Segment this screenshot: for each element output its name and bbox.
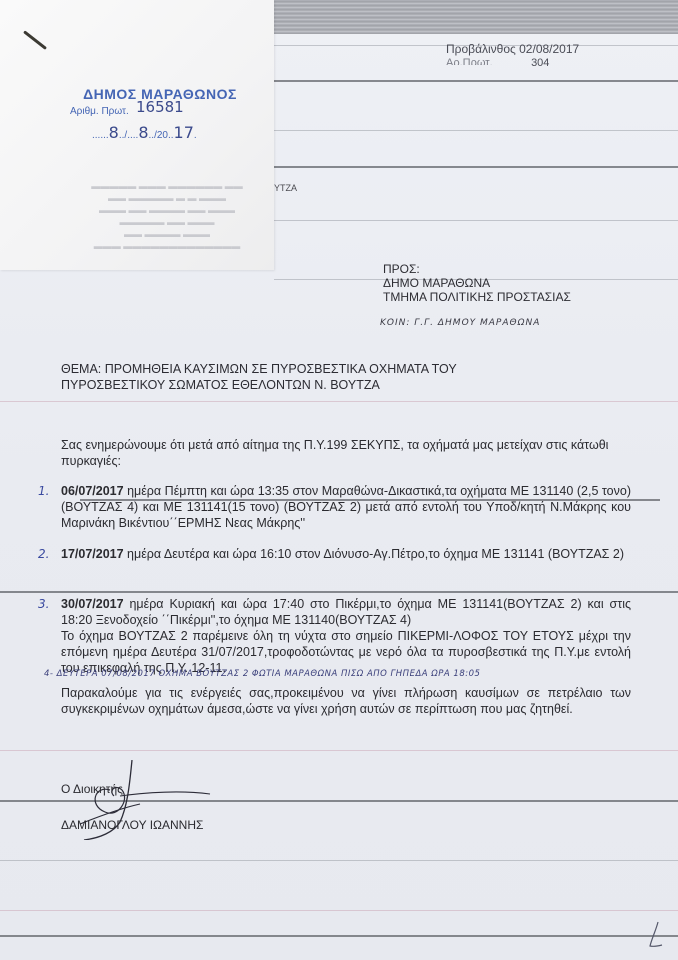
outgoing-protocol-label: Αρ.Πρωτ.	[446, 57, 528, 65]
intro-paragraph: Σας ενημερώνουμε ότι μετά από αίτημα της…	[61, 437, 631, 469]
item-number: 2.	[38, 546, 49, 562]
incident-item: 1. 06/07/2017 ημέρα Πέμπτη και ώρα 13:35…	[61, 483, 631, 531]
outgoing-protocol: Αρ.Πρωτ. 304	[446, 57, 549, 69]
municipality-receipt-stamp: ΔΗΜΟΣ ΜΑΡΑΘΩΝΟΣ Αριθμ. Πρωτ. 16581 .....…	[70, 86, 250, 142]
fax-document-page: ΔΗΜΟΣ ΜΑΡΑΘΩΝΟΣ Αριθμ. Πρωτ. 16581 .....…	[0, 0, 678, 960]
item-date: 30/07/2017	[61, 597, 124, 611]
item-date: 06/07/2017	[61, 484, 124, 498]
signatory-role: Ο Διοικητής	[61, 782, 123, 796]
scan-line	[0, 591, 678, 593]
scan-line	[0, 910, 678, 911]
recipient-line-2: ΤΜΗΜΑ ΠΟΛΙΤΙΚΗΣ ΠΡΟΣΤΑΣΙΑΣ	[383, 290, 571, 304]
stamp-date-day: 8	[109, 123, 119, 142]
scan-line	[0, 860, 678, 861]
item-number: 3.	[38, 596, 49, 612]
staple-icon	[23, 30, 47, 50]
subject-line-2: ΠΥΡΟΣΒΕΣΤΙΚΟΥ ΣΩΜΑΤΟΣ ΕΘΕΛΟΝΤΩΝ Ν. ΒΟΥΤΖ…	[61, 377, 457, 393]
outgoing-protocol-number: 304	[531, 57, 549, 69]
handwritten-item-4: 4- ΔΕΥΤΕΡΑ 07/08/2017 ΟΧΗΜΑ ΒΟΥΤΖΑΣ 2 ΦΩ…	[44, 669, 480, 679]
signatory-name: ΔΑΜΙΑΝΟΓΛΟΥ ΙΩΑΝΝΗΣ	[61, 818, 203, 832]
faded-sender-letterhead: ▬▬▬▬▬ ▬▬▬ ▬▬▬▬▬▬ ▬▬▬▬ ▬▬▬▬▬ ▬ ▬ ▬▬▬▬▬▬ ▬…	[62, 180, 272, 252]
incident-item: 2. 17/07/2017 ημέρα Δευτέρα και ώρα 16:1…	[61, 546, 631, 562]
handwritten-cc: ΚΟΙΝ: Γ.Γ. ΔΗΜΟΥ ΜΑΡΑΘΩΝΑ	[380, 318, 540, 328]
recipient-line-1: ΔΗΜΟ ΜΑΡΑΘΩΝΑ	[383, 276, 571, 290]
handwritten-page-mark-icon	[646, 920, 666, 950]
scan-line	[0, 935, 678, 937]
recipient-block: ΠΡΟΣ: ΔΗΜΟ ΜΑΡΑΘΩΝΑ ΤΜΗΜΑ ΠΟΛΙΤΙΚΗΣ ΠΡΟΣ…	[383, 262, 571, 304]
fax-banding	[268, 0, 678, 34]
stamp-date-year: 17	[174, 123, 194, 142]
subject: ΘΕΜΑ: ΠΡΟΜΗΘΕΙΑ ΚΑΥΣΙΜΩΝ ΣΕ ΠΥΡΟΣΒΕΣΤΙΚΑ…	[61, 361, 457, 393]
scan-line	[0, 401, 678, 402]
closing-paragraph: Παρακαλούμε για τις ενέργειές σας,προκει…	[61, 685, 631, 717]
scan-line	[0, 750, 678, 751]
stamp-protocol-label: Αριθμ. Πρωτ.	[70, 106, 129, 117]
stamp-protocol-number: 16581	[136, 98, 184, 116]
item-number: 1.	[38, 483, 49, 499]
item-text: ημέρα Πέμπτη και ώρα 13:35 στον Μαραθώνα…	[61, 484, 631, 530]
stamp-sticker: ΔΗΜΟΣ ΜΑΡΑΘΩΝΟΣ Αριθμ. Πρωτ. 16581 .....…	[0, 0, 274, 270]
item-text: ημέρα Δευτέρα και ώρα 16:10 στον Διόνυσο…	[124, 547, 624, 561]
item-text: ημέρα Κυριακή και ώρα 17:40 στο Πικέρμι,…	[61, 597, 631, 627]
sender-letterhead-tail: ΥΤΖΑ	[274, 183, 297, 193]
item-date: 17/07/2017	[61, 547, 124, 561]
incident-item: 3. 30/07/2017 ημέρα Κυριακή και ώρα 17:4…	[61, 596, 631, 676]
stamp-date: ......8../....8../20..17.	[70, 123, 250, 142]
subject-line-1: ΘΕΜΑ: ΠΡΟΜΗΘΕΙΑ ΚΑΥΣΙΜΩΝ ΣΕ ΠΥΡΟΣΒΕΣΤΙΚΑ…	[61, 361, 457, 377]
recipient-label: ΠΡΟΣ:	[383, 262, 571, 276]
stamp-date-month: 8	[138, 123, 148, 142]
place-and-date: Προβάλινθος 02/08/2017	[446, 42, 579, 56]
stamp-date-year-prefix: /20	[154, 130, 168, 141]
